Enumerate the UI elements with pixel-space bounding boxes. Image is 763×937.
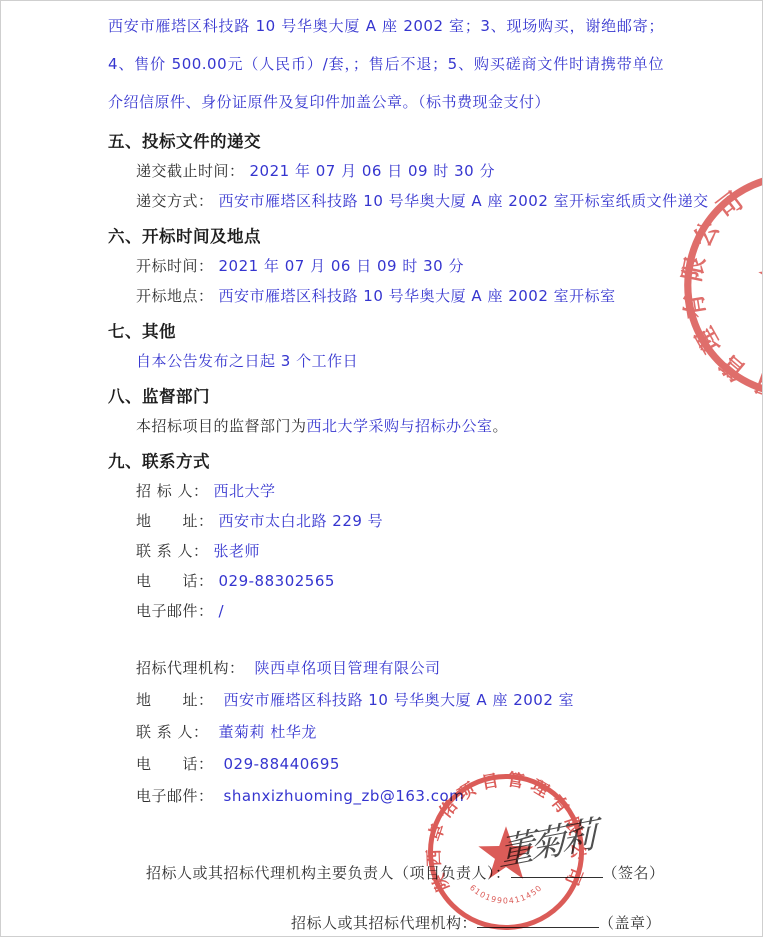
seal-star-icon: [744, 231, 763, 337]
other-info-row: 自本公告发布之日起 3 个工作日: [108, 346, 664, 376]
submission-deadline-value: 2021 年 07 月 06 日 09 时 30 分: [250, 162, 495, 180]
agency-name-value: 陕西卓佲项目管理有限公司: [255, 659, 441, 677]
tenderer-phone-row: 电 话：029-88302565: [108, 566, 664, 596]
agency-email-label: 电子邮件：: [136, 787, 214, 805]
tenderer-name-value: 西北大学: [214, 482, 276, 500]
agency-address-value: 西安市雁塔区科技路 10 号华奥大厦 A 座 2002 室: [224, 691, 575, 709]
agency-phone-label: 电 话：: [136, 755, 214, 773]
tenderer-address-label: 地 址：: [136, 512, 214, 530]
submission-method-row: 递交方式：西安市雁塔区科技路 10 号华奥大厦 A 座 2002 室开标室纸质文…: [108, 186, 664, 216]
intro-paragraph: 西安市雁塔区科技路 10 号华奥大厦 A 座 2002 室；3、现场购买，谢绝邮…: [108, 7, 664, 121]
section9-heading: 九、联系方式: [108, 448, 664, 476]
submission-method-value: 西安市雁塔区科技路 10 号华奥大厦 A 座 2002 室开标室纸质文件递交: [219, 192, 709, 210]
supervision-row: 本招标项目的监督部门为西北大学采购与招标办公室。: [108, 411, 664, 441]
agency-contact-label: 联 系 人：: [136, 723, 209, 741]
bid-opening-place-row: 开标地点：西安市雁塔区科技路 10 号华奥大厦 A 座 2002 室开标室: [108, 281, 664, 311]
other-info-text: 自本公告发布之日起 3 个工作日: [136, 352, 358, 370]
tenderer-name-label: 招 标 人：: [136, 482, 209, 500]
seal-number-text: 6101990411450: [468, 883, 544, 905]
supervision-suffix: 。: [493, 417, 509, 435]
bid-opening-place-value: 西安市雁塔区科技路 10 号华奥大厦 A 座 2002 室开标室: [219, 287, 616, 305]
tenderer-contact-row: 联 系 人：张老师: [108, 536, 664, 566]
bid-opening-time-label: 开标时间：: [136, 257, 214, 275]
tenderer-name-row: 招 标 人：西北大学: [108, 476, 664, 506]
tenderer-address-row: 地 址：西安市太白北路 229 号: [108, 506, 664, 536]
agency-address-row: 地 址：西安市雁塔区科技路 10 号华奥大厦 A 座 2002 室: [108, 684, 664, 716]
signature-row2-suffix: （盖章）: [599, 914, 661, 932]
signature-row1-suffix: （签名）: [603, 864, 665, 882]
tenderer-contact-value: 张老师: [214, 542, 261, 560]
tenderer-email-value: /: [219, 602, 225, 620]
section5-heading: 五、投标文件的递交: [108, 128, 664, 156]
agency-name-row: 招标代理机构：陕西卓佲项目管理有限公司: [108, 652, 664, 684]
bid-opening-time-value: 2021 年 07 月 06 日 09 时 30 分: [219, 257, 464, 275]
tenderer-phone-label: 电 话：: [136, 572, 214, 590]
section6-heading: 六、开标时间及地点: [108, 223, 664, 251]
section8-heading: 八、监督部门: [108, 383, 664, 411]
bid-opening-time-row: 开标时间：2021 年 07 月 06 日 09 时 30 分: [108, 251, 664, 281]
agency-address-label: 地 址：: [136, 691, 214, 709]
bid-opening-place-label: 开标地点：: [136, 287, 214, 305]
tenderer-email-label: 电子邮件：: [136, 602, 214, 620]
tenderer-phone-value: 029-88302565: [219, 572, 335, 590]
seal-star-icon: [478, 826, 533, 879]
section7-heading: 七、其他: [108, 318, 664, 346]
tenderer-email-row: 电子邮件：/: [108, 596, 664, 626]
company-seal-stamp: 陕西卓佲项目管理有限公司 6101990411450: [423, 769, 589, 935]
agency-name-label: 招标代理机构：: [136, 659, 245, 677]
document-page: 西安市雁塔区科技路 10 号华奥大厦 A 座 2002 室；3、现场购买，谢绝邮…: [0, 0, 763, 937]
agency-phone-value: 029-88440695: [224, 755, 340, 773]
submission-method-label: 递交方式：: [136, 192, 214, 210]
supervision-office: 西北大学采购与招标办公室: [307, 417, 493, 435]
agency-contact-value: 董菊莉 杜华龙: [219, 723, 317, 741]
tenderer-address-value: 西安市太白北路 229 号: [219, 512, 384, 530]
tenderer-contact-label: 联 系 人：: [136, 542, 209, 560]
supervision-prefix: 本招标项目的监督部门为: [136, 417, 307, 435]
submission-deadline-label: 递交截止时间：: [136, 162, 245, 180]
submission-deadline-row: 递交截止时间：2021 年 07 月 06 日 09 时 30 分: [108, 156, 664, 186]
agency-contact-row: 联 系 人：董菊莉 杜华龙: [108, 716, 664, 748]
